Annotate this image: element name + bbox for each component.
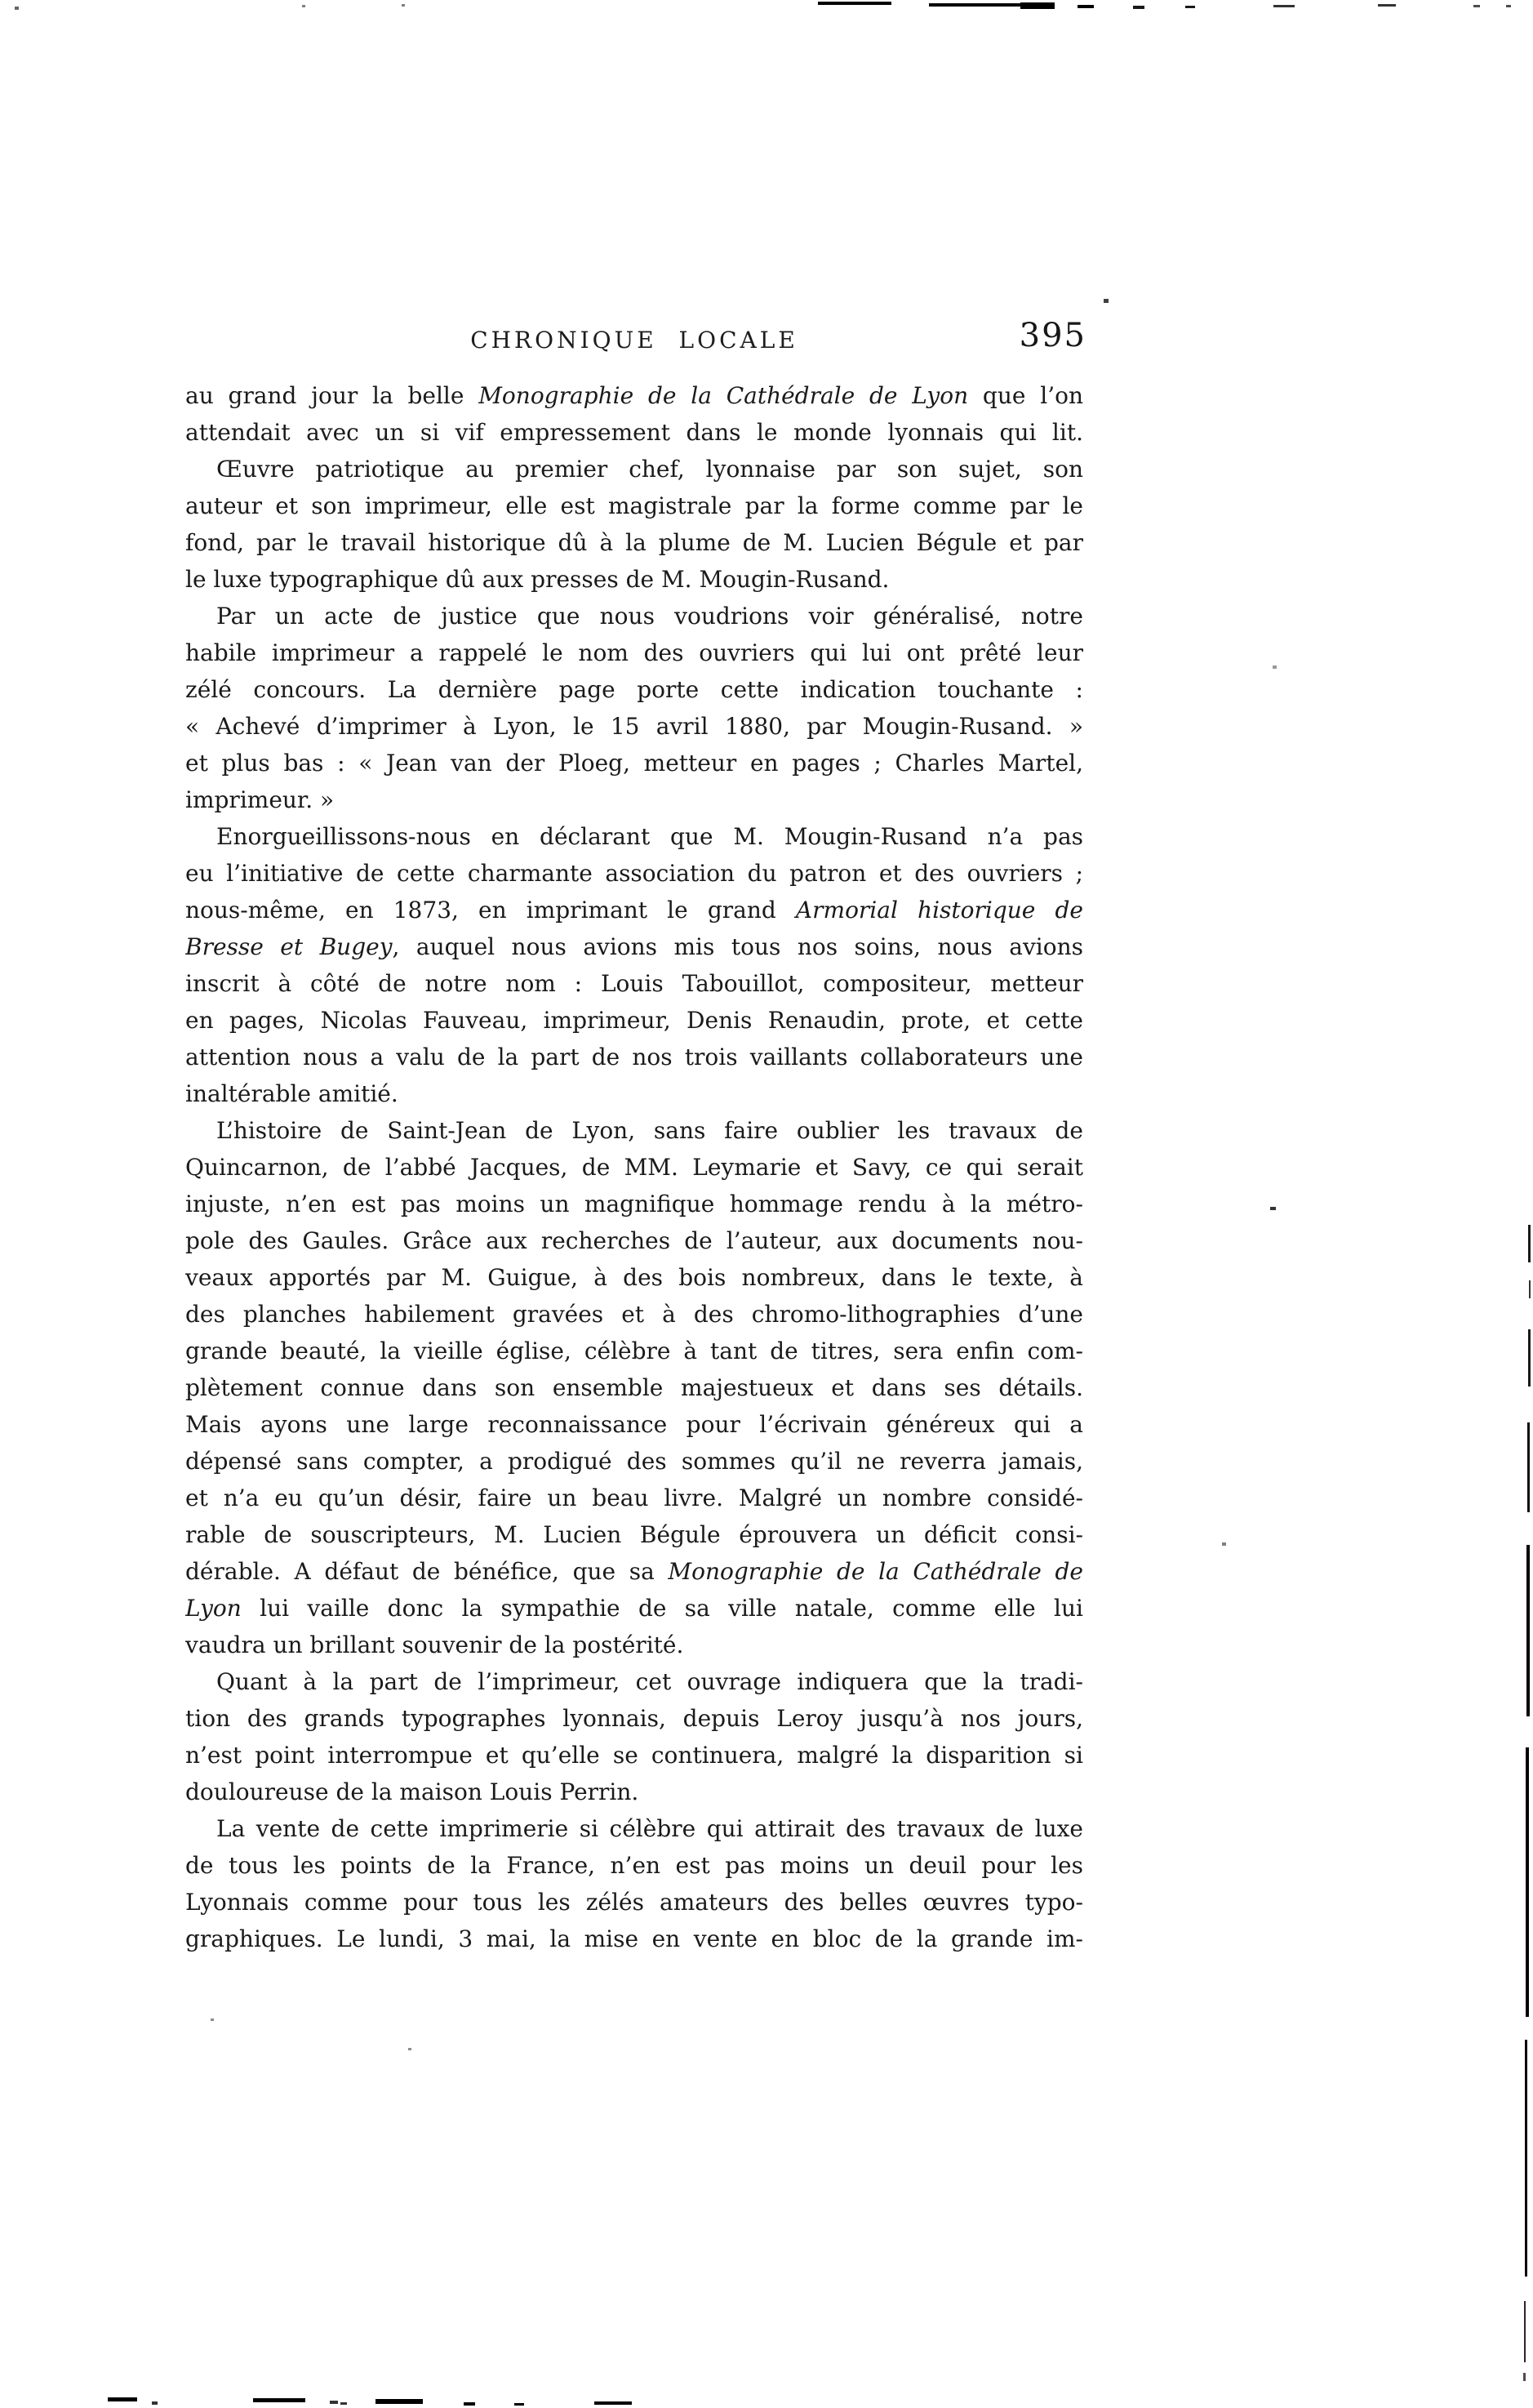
running-title: CHRONIQUE LOCALE — [185, 327, 1083, 354]
scan-artifact-mark — [152, 2401, 158, 2405]
text-line: attendait avec un si vif empressement da… — [185, 414, 1083, 451]
text-line: injuste, n’en est pas moins un magnifiqu… — [185, 1186, 1083, 1222]
scan-artifact-mark — [1506, 5, 1511, 7]
scan-artifact-mark — [929, 3, 1020, 7]
body-text: au grand jour la belle Monographie de la… — [185, 377, 1083, 1957]
scan-artifact-mark — [340, 2402, 347, 2405]
scan-artifact-mark — [302, 5, 305, 7]
text-line: pole des Gaules. Grâce aux recherches de… — [185, 1222, 1083, 1259]
scan-artifact-mark — [1528, 1329, 1531, 1386]
text-line: L’histoire de Saint-Jean de Lyon, sans f… — [185, 1112, 1083, 1149]
text-line: graphiques. Le lundi, 3 mai, la mise en … — [185, 1921, 1083, 1957]
scan-artifact-mark — [1020, 2, 1055, 9]
text-line: inscrit à côté de notre nom : Louis Tabo… — [185, 965, 1083, 1002]
scan-artifact-mark — [1270, 1207, 1276, 1210]
scanned-page: CHRONIQUE LOCALE 395 au grand jour la be… — [0, 0, 1533, 2408]
scan-artifact-mark — [1526, 1747, 1529, 2017]
text-line: dérable. A défaut de bénéfice, que sa Mo… — [185, 1553, 1083, 1590]
scan-artifact-mark — [15, 7, 19, 10]
page-number: 395 — [1020, 317, 1086, 354]
text-line: Quincarnon, de l’abbé Jacques, de MM. Le… — [185, 1149, 1083, 1186]
text-line: habile imprimeur a rappelé le nom des ou… — [185, 634, 1083, 671]
scan-artifact-mark — [1273, 665, 1277, 669]
scan-artifact-mark — [1528, 1225, 1531, 1262]
scan-artifact-mark — [1133, 6, 1144, 9]
scan-artifact-mark — [402, 4, 405, 7]
text-line: inaltérable amitié. — [185, 1075, 1083, 1112]
text-line: n’est point interrompue et qu’elle se co… — [185, 1737, 1083, 1774]
text-line: Œuvre patriotique au premier chef, lyonn… — [185, 451, 1083, 487]
text-line: veaux apportés par M. Guigue, à des bois… — [185, 1259, 1083, 1296]
scan-artifact-mark — [1523, 2373, 1526, 2381]
scan-artifact-mark — [1473, 5, 1480, 7]
scan-artifact-mark — [253, 2398, 305, 2402]
scan-artifact-mark — [818, 2, 891, 5]
text-line: auteur et son imprimeur, elle est magist… — [185, 487, 1083, 524]
text-line: fond, par le travail historique dû à la … — [185, 524, 1083, 561]
scan-artifact-mark — [330, 2401, 338, 2404]
text-line: eu l’initiative de cette charmante assoc… — [185, 855, 1083, 892]
text-line: attention nous a valu de la part de nos … — [185, 1039, 1083, 1075]
scan-artifact-mark — [1078, 5, 1094, 8]
text-line: douloureuse de la maison Louis Perrin. — [185, 1774, 1083, 1810]
text-line: rable de souscripteurs, M. Lucien Bégule… — [185, 1516, 1083, 1553]
scan-artifact-mark — [1104, 299, 1109, 303]
text-line: grande beauté, la vieille église, célèbr… — [185, 1333, 1083, 1369]
scan-artifact-mark — [108, 2397, 137, 2401]
scan-artifact-mark — [1378, 4, 1396, 7]
text-line: Par un acte de justice que nous voudrion… — [185, 598, 1083, 634]
page-header: CHRONIQUE LOCALE 395 — [185, 320, 1083, 364]
text-line: Quant à la part de l’imprimeur, cet ouvr… — [185, 1663, 1083, 1700]
scan-artifact-mark — [1524, 2301, 1526, 2362]
text-line: zélé concours. La dernière page porte ce… — [185, 671, 1083, 708]
text-line: vaudra un brillant souvenir de la postér… — [185, 1627, 1083, 1663]
scan-artifact-mark — [594, 2401, 632, 2405]
text-line: tion des grands typographes lyonnais, de… — [185, 1700, 1083, 1737]
scan-artifact-mark — [1526, 1545, 1530, 1716]
scan-artifact-mark — [211, 2019, 214, 2021]
text-line: de tous les points de la France, n’en es… — [185, 1847, 1083, 1884]
text-line: Lyonnais comme pour tous les zélés amate… — [185, 1884, 1083, 1921]
scan-artifact-mark — [514, 2403, 524, 2406]
text-line: Bresse et Bugey, auquel nous avions mis … — [185, 928, 1083, 965]
scan-artifact-mark — [1529, 1280, 1531, 1298]
text-line: Lyon lui vaille donc la sympathie de sa … — [185, 1590, 1083, 1627]
text-line: et n’a eu qu’un désir, faire un beau liv… — [185, 1480, 1083, 1516]
scan-artifact-mark — [375, 2399, 423, 2404]
scan-artifact-mark — [1185, 6, 1195, 8]
text-line: et plus bas : « Jean van der Ploeg, mett… — [185, 745, 1083, 781]
text-line: Enorgueillissons-nous en déclarant que M… — [185, 818, 1083, 855]
scan-artifact-mark — [1527, 1422, 1530, 1512]
text-line: dépensé sans compter, a prodigué des som… — [185, 1443, 1083, 1480]
text-line: Mais ayons une large reconnaissance pour… — [185, 1406, 1083, 1443]
text-line: le luxe typographique dû aux presses de … — [185, 561, 1083, 598]
text-line: imprimeur. » — [185, 781, 1083, 818]
scan-artifact-mark — [1525, 2040, 1527, 2277]
text-line: « Achevé d’imprimer à Lyon, le 15 avril … — [185, 708, 1083, 745]
text-line: au grand jour la belle Monographie de la… — [185, 377, 1083, 414]
text-line: nous-même, en 1873, en imprimant le gran… — [185, 892, 1083, 928]
scan-artifact-mark — [408, 2048, 411, 2050]
scan-artifact-mark — [1273, 5, 1295, 7]
text-line: en pages, Nicolas Fauveau, imprimeur, De… — [185, 1002, 1083, 1039]
text-line: La vente de cette imprimerie si célèbre … — [185, 1810, 1083, 1847]
scan-artifact-mark — [464, 2402, 475, 2406]
text-line: plètement connue dans son ensemble majes… — [185, 1369, 1083, 1406]
scan-artifact-mark — [1222, 1542, 1226, 1546]
text-line: des planches habilement gravées et à des… — [185, 1296, 1083, 1333]
